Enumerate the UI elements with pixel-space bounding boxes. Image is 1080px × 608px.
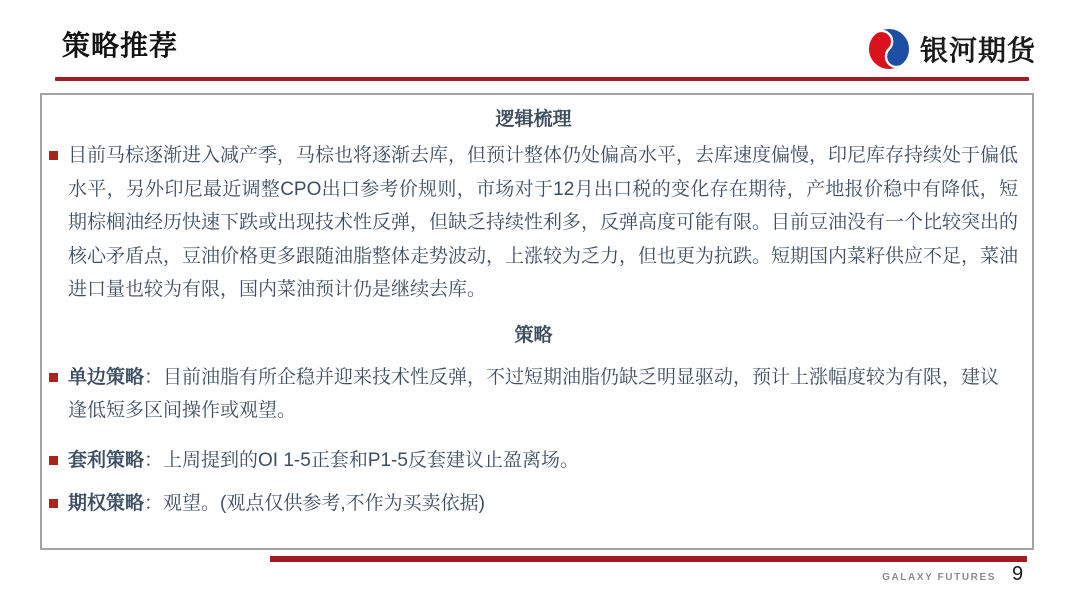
page-title: 策略推荐 xyxy=(62,24,178,64)
strategy-text: ：观望。(观点仅供参考,不作为买卖依据) xyxy=(144,493,485,514)
strategy-item-arbitrage: 套利策略：上周提到的OI 1-5正套和P1-5反套建议止盈离场。 xyxy=(49,444,1018,478)
strategy-label: 单边策略 xyxy=(68,367,144,388)
footer-brand-text: GALAXY FUTURES xyxy=(882,572,996,583)
logo-text: 银河期货 xyxy=(920,29,1036,69)
galaxy-futures-logo: 银河期货 xyxy=(866,26,1036,72)
logic-paragraph-text: 目前马棕逐渐进入减产季，马棕也将逐渐去库，但预计整体仍处偏高水平，去库速度偏慢，… xyxy=(68,145,1018,300)
bullet-square-icon xyxy=(49,456,58,465)
section-heading-strategy: 策略 xyxy=(49,323,1018,349)
content-panel: 逻辑梳理 目前马棕逐渐进入减产季，马棕也将逐渐去库，但预计整体仍处偏高水平，去库… xyxy=(40,93,1034,550)
section-heading-logic: 逻辑梳理 xyxy=(49,107,1018,133)
galaxy-swirl-icon xyxy=(866,26,912,72)
strategy-item-unilateral: 单边策略：目前油脂有所企稳并迎来技术性反弹，不过短期油脂仍缺乏明显驱动，预计上涨… xyxy=(49,361,1018,428)
page-number: 9 xyxy=(1012,563,1023,586)
footer-accent-bar xyxy=(270,556,1027,562)
bullet-square-icon xyxy=(49,499,58,508)
header-divider-rule xyxy=(55,77,1029,81)
strategy-text: ：目前油脂有所企稳并迎来技术性反弹，不过短期油脂仍缺乏明显驱动，预计上涨幅度较为… xyxy=(68,367,999,422)
logic-paragraph: 目前马棕逐渐进入减产季，马棕也将逐渐去库，但预计整体仍处偏高水平，去库速度偏慢，… xyxy=(49,139,1018,307)
strategy-item-options: 期权策略：观望。(观点仅供参考,不作为买卖依据) xyxy=(49,487,1018,521)
strategy-label: 套利策略 xyxy=(68,450,144,471)
bullet-square-icon xyxy=(49,151,58,160)
strategy-label: 期权策略 xyxy=(68,493,144,514)
bullet-square-icon xyxy=(49,373,58,382)
strategy-text: ：上周提到的OI 1-5正套和P1-5反套建议止盈离场。 xyxy=(144,450,579,471)
